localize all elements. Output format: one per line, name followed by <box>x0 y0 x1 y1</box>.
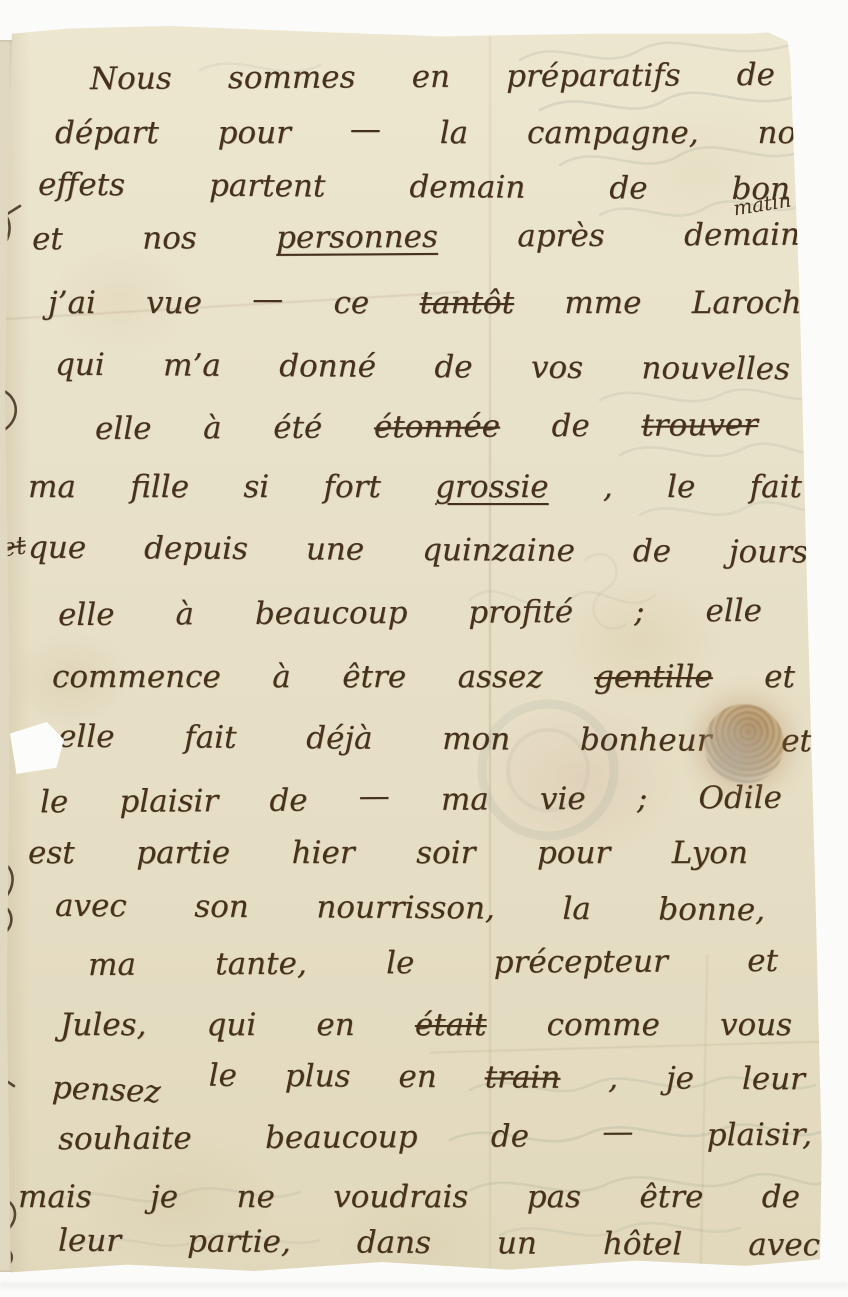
manuscript-line: Jules,quienétaitcommevous <box>60 1008 792 1044</box>
word: elle <box>95 412 152 448</box>
word: , <box>608 1061 618 1097</box>
word: avec <box>748 1228 820 1264</box>
letter-page: Noussommesenpréparatifsdedépartpour—laca… <box>0 0 848 1297</box>
word: voudrais <box>333 1180 468 1216</box>
word: le <box>209 1059 237 1095</box>
word: personnes <box>276 220 438 257</box>
scanned-letter: Noussommesenpréparatifsdedépartpour—laca… <box>0 0 848 1297</box>
word: jours <box>729 535 808 571</box>
word: partent <box>209 169 326 205</box>
word: tantôt <box>420 286 514 322</box>
word: comme <box>547 1008 660 1044</box>
word: plaisir <box>119 784 218 820</box>
word: son <box>194 890 249 926</box>
manuscript-line: commenceàêtreassezgentilleet <box>52 660 795 696</box>
word: de <box>269 784 307 820</box>
manuscript-line: mafillesifortgrossie,lefait <box>28 470 802 506</box>
manuscript-line: matante,leprécepteuret <box>88 944 778 984</box>
word: et <box>764 660 795 696</box>
word: pour <box>218 116 291 152</box>
word: plus <box>285 1059 351 1095</box>
word: ma <box>28 470 76 506</box>
word: et <box>747 944 778 980</box>
word: à <box>175 597 194 633</box>
word: de <box>491 1119 529 1155</box>
word: ; <box>637 782 648 818</box>
word: précepteur <box>494 945 668 982</box>
word: tante, <box>215 947 307 983</box>
manuscript-line: leplaisirde—mavie;Odile <box>40 781 782 821</box>
manuscript-line: estpartiehiersoirpourLyon <box>28 836 748 872</box>
word: beaucoup <box>255 596 408 633</box>
word: pensez <box>51 1071 161 1111</box>
word: depuis <box>144 531 248 567</box>
word: effets <box>38 168 125 204</box>
word: hôtel <box>603 1227 683 1263</box>
word: vue <box>146 286 202 322</box>
manuscript-line: pensezleplusentrain,jeleur <box>52 1058 805 1098</box>
word: la <box>440 116 468 152</box>
word: la <box>562 892 591 928</box>
word: étonnée <box>374 410 500 446</box>
word: elle <box>58 720 115 756</box>
word: demain <box>409 170 525 206</box>
word: elle <box>58 598 115 634</box>
word: plaisir, <box>707 1118 812 1154</box>
word: en <box>316 1008 354 1044</box>
word: — <box>252 282 283 318</box>
word: Odile <box>698 781 782 817</box>
word: leur <box>742 1062 805 1098</box>
word: Nous <box>90 62 172 98</box>
word: beaucoup <box>265 1120 418 1157</box>
word: le <box>667 470 695 506</box>
word: fort <box>323 470 380 506</box>
word: était <box>415 1008 487 1044</box>
manuscript-line: elleàbeaucoupprofité;elle <box>58 594 762 634</box>
manuscript-text: Noussommesenpréparatifsdedépartpour—laca… <box>0 0 848 1297</box>
word: bonheur <box>580 723 712 759</box>
word: fait <box>750 470 802 506</box>
word: m’a <box>163 348 221 384</box>
word: qui <box>207 1008 257 1044</box>
manuscript-line: souhaitebeaucoupde—plaisir, <box>58 1118 812 1158</box>
word: mon <box>442 722 510 758</box>
word: sommes <box>228 60 356 96</box>
word: que <box>28 531 86 567</box>
word: est <box>28 836 75 872</box>
word: j’ai <box>48 286 96 322</box>
word: bonne, <box>658 893 765 929</box>
manuscript-line: Noussommesenpréparatifsde <box>90 58 775 98</box>
word: campagne, <box>527 116 699 152</box>
word: donné <box>279 349 376 385</box>
seal-stain <box>704 704 784 784</box>
word: vie <box>540 782 586 818</box>
manuscript-line: j’aivue—cetantôtmmeLaroche <box>48 286 820 322</box>
word: hier <box>292 836 355 872</box>
word: partie, <box>187 1224 291 1260</box>
word: mme <box>564 286 641 322</box>
word: je <box>150 1180 178 1216</box>
word: — <box>602 1115 633 1151</box>
word: pas <box>527 1180 581 1216</box>
word: si <box>243 470 269 506</box>
manuscript-line: départpour—lacampagne,nos <box>55 116 812 152</box>
word: dans <box>357 1225 431 1261</box>
word: leur <box>58 1224 121 1260</box>
word: gentille <box>594 660 713 696</box>
word: — <box>350 112 381 148</box>
manuscript-line: elleàétéétonnéedetrouver <box>95 408 758 448</box>
manuscript-line: maisjenevoudraispasêtrede <box>18 1180 800 1216</box>
word: nos <box>142 221 197 257</box>
word: été <box>273 411 322 447</box>
word: être <box>342 660 406 696</box>
manuscript-line: etnospersonnesaprèsdemain <box>32 218 800 258</box>
word: ; <box>634 595 645 631</box>
word: une <box>306 532 364 568</box>
word: je <box>666 1061 694 1097</box>
word: vous <box>720 1008 792 1044</box>
word: et <box>32 222 63 258</box>
word: de <box>609 171 647 207</box>
word: le <box>386 946 414 982</box>
word: ne <box>236 1180 274 1216</box>
word: soir <box>416 836 475 872</box>
word: préparatifs <box>506 58 681 95</box>
word: ce <box>334 286 370 322</box>
word: le <box>40 785 68 821</box>
word: pour <box>537 836 610 872</box>
word: de <box>434 350 472 386</box>
word: en <box>398 1060 437 1096</box>
word: commence <box>52 660 221 696</box>
manuscript-line: effetspartentdemaindebon <box>38 168 790 208</box>
word: Laroche <box>692 286 820 322</box>
word: fille <box>130 470 189 506</box>
word: avec <box>55 889 127 925</box>
manuscript-line: ellefaitdéjàmonbonheuret <box>58 720 812 760</box>
word: vos <box>531 351 583 387</box>
word: Lyon <box>672 836 748 872</box>
word: profité <box>468 595 573 631</box>
word: de <box>633 534 671 570</box>
word: Jules, <box>60 1008 146 1044</box>
word: un <box>497 1226 537 1262</box>
word: de <box>737 58 775 94</box>
word: déjà <box>306 721 373 757</box>
word: elle <box>705 594 762 630</box>
word: mais <box>18 1180 92 1216</box>
manuscript-line: quim’adonnédevosnouvelles <box>55 348 790 388</box>
word: nos <box>757 116 812 152</box>
word: partie <box>136 836 230 872</box>
word: ma <box>88 948 136 984</box>
word: de <box>551 409 589 445</box>
word: demain <box>684 218 800 254</box>
word: ma <box>441 783 489 819</box>
word: et <box>781 724 812 760</box>
word: fait <box>184 720 237 756</box>
word: souhaite <box>58 1121 192 1157</box>
manuscript-line: avecsonnourrisson,labonne, <box>55 889 765 929</box>
word: assez <box>458 660 543 696</box>
scan-shadow <box>0 1283 848 1290</box>
word: nourrisson, <box>316 890 495 927</box>
word: , <box>603 470 613 506</box>
manuscript-line: quedepuisunequinzainedejours <box>28 531 808 571</box>
word: à <box>272 660 290 696</box>
word: à <box>203 411 222 447</box>
word: train <box>485 1060 561 1096</box>
manuscript-line: leurpartie,dansunhôtelavec <box>58 1224 820 1264</box>
word: départ <box>55 116 159 152</box>
word: qui <box>55 348 105 384</box>
word: être <box>639 1180 703 1216</box>
word: quinzaine <box>422 533 575 570</box>
word: de <box>762 1180 800 1216</box>
word: après <box>517 219 605 255</box>
word: trouver <box>641 408 758 444</box>
word: — <box>359 779 390 815</box>
word: en <box>412 60 451 96</box>
word: grossie <box>435 470 548 506</box>
word: nouvelles <box>641 351 790 388</box>
